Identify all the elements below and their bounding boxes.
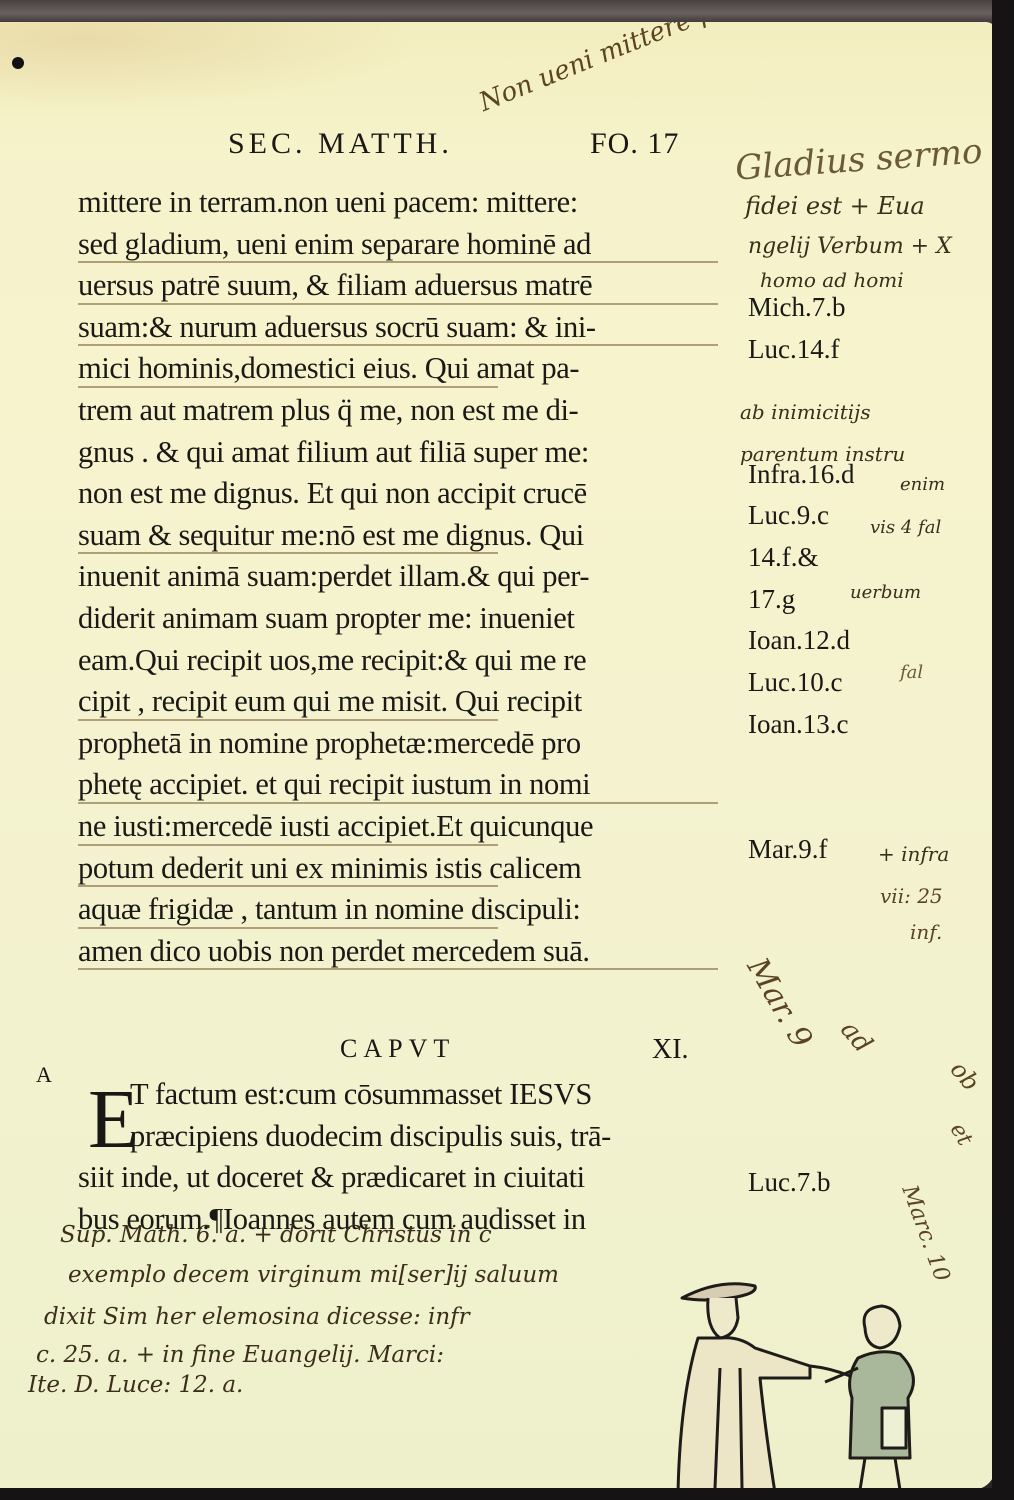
text-line: prophetā in nomine prophetæ:mercedē pro [78,723,738,765]
text-line: non est me dignus. Et qui non accipit cr… [78,473,738,515]
woodcut-illustration [660,1258,990,1490]
book-bottom-edge [0,1488,1014,1500]
chapter-heading: CAPVT [340,1034,455,1064]
margin-note: homo ad homi [760,268,904,292]
text-line: aquæ frigidæ , tantum in nomine discipul… [78,889,738,931]
text-line: trem aut matrem plus q̈ me, non est me d… [78,390,738,432]
margin-note: fidei est + Eua [745,192,925,220]
chapter-text-block: T factum est:cum cōsummasset IESVS præci… [78,1074,738,1240]
text-line: diderit animam suam propter me: inueniet [78,598,738,640]
handwritten-top-annotation: Non ueni mittere pacem sed gladium [475,22,940,118]
margin-note: fal [900,662,923,683]
bottom-note-line: Ite. D. Luce: 12. a. [28,1372,243,1398]
margin-note: + infra [878,842,949,866]
text-line: phetę accipiet. et qui recipit iustum in… [78,764,738,806]
text-line: gnus . & qui amat filium aut filiā super… [78,432,738,474]
margin-reference: 17.g [748,584,795,615]
margin-note: Gladius sermo [734,131,984,188]
margin-note: ad [834,1015,878,1059]
text-line: ne iusti:mercedē iusti accipiet.Et quicu… [78,806,738,848]
margin-note: et [945,1119,978,1150]
margin-reference: Ioan.13.c [748,709,848,740]
text-line: sed gladium, ueni enim separare hominē a… [78,224,738,266]
margin-note: inf. [910,920,942,944]
main-text-block: mittere in terram.non ueni pacem: mitter… [78,182,738,972]
text-line: eam.Qui recipit uos,me recipit:& qui me … [78,640,738,682]
section-letter: A [36,1062,52,1088]
text-line: amen dico uobis non perdet mercedem suā. [78,931,738,973]
text-line: mici hominis,domestici eius. Qui amat pa… [78,348,738,390]
running-head-title: SEC. MATTH. [228,127,453,160]
text-line: T factum est:cum cōsummasset IESVS [78,1074,738,1116]
book-top-edge [0,0,1014,24]
margin-note: parentum instru [740,442,905,466]
margin-note: enim [900,474,945,495]
bottom-note-line: c. 25. a. + in fine Euangelij. Marci: [36,1342,444,1368]
margin-note: vii: 25 [880,884,943,908]
text-line: potum dederit uni ex minimis istis calic… [78,848,738,890]
text-line: suam & sequitur me:nō est me dignus. Qui [78,515,738,557]
margin-reference: Luc.7.b [748,1167,830,1198]
margin-note: ngelij Verbum + X [748,234,952,259]
running-head: SEC. MATTH. FO. 17 [228,127,453,161]
margin-reference: Luc.14.f [748,334,839,365]
page-hole [12,57,24,69]
margin-note: ab inimicitijs [740,400,871,424]
book-page: SEC. MATTH. FO. 17 Non ueni mittere pace… [0,22,996,1490]
margin-reference: Luc.9.c [748,500,829,531]
bottom-note-line: exemplo decem virginum mi[ser]ij saluum [68,1262,559,1288]
text-line: mittere in terram.non ueni pacem: mitter… [78,182,738,224]
margin-reference: Luc.10.c [748,667,842,698]
text-line: inuenit animā suam:perdet illam.& qui pe… [78,556,738,598]
margin-note: uerbum [850,582,921,603]
bottom-note-line: Sup. Math. 6. a. + dorit Christus in c [60,1222,492,1248]
margin-note: Mar. 9 [740,952,819,1054]
text-line: siit inde, ut doceret & prædicaret in ci… [78,1157,738,1199]
text-line: uersus patrē suum, & filiam aduersus mat… [78,265,738,307]
margin-note: ob [945,1056,986,1097]
book-right-edge [992,0,1014,1500]
text-line: suam:& nurum aduersus socrū suam: & ini- [78,307,738,349]
margin-note: vis 4 fal [870,517,941,538]
margin-reference: Ioan.12.d [748,625,850,656]
text-line: præcipiens duodecim discipulis suis, trā… [78,1116,738,1158]
margin-reference: Mar.9.f [748,834,827,865]
text-line: cipit , recipit eum qui me misit. Qui re… [78,681,738,723]
margin-reference: Mich.7.b [748,292,846,323]
chapter-number: XI. [652,1034,689,1066]
margin-reference: 14.f.& [748,542,819,573]
folio-number: FO. 17 [590,127,679,161]
bottom-note-line: dixit Sim her elemosina dicesse: infr [44,1304,470,1330]
